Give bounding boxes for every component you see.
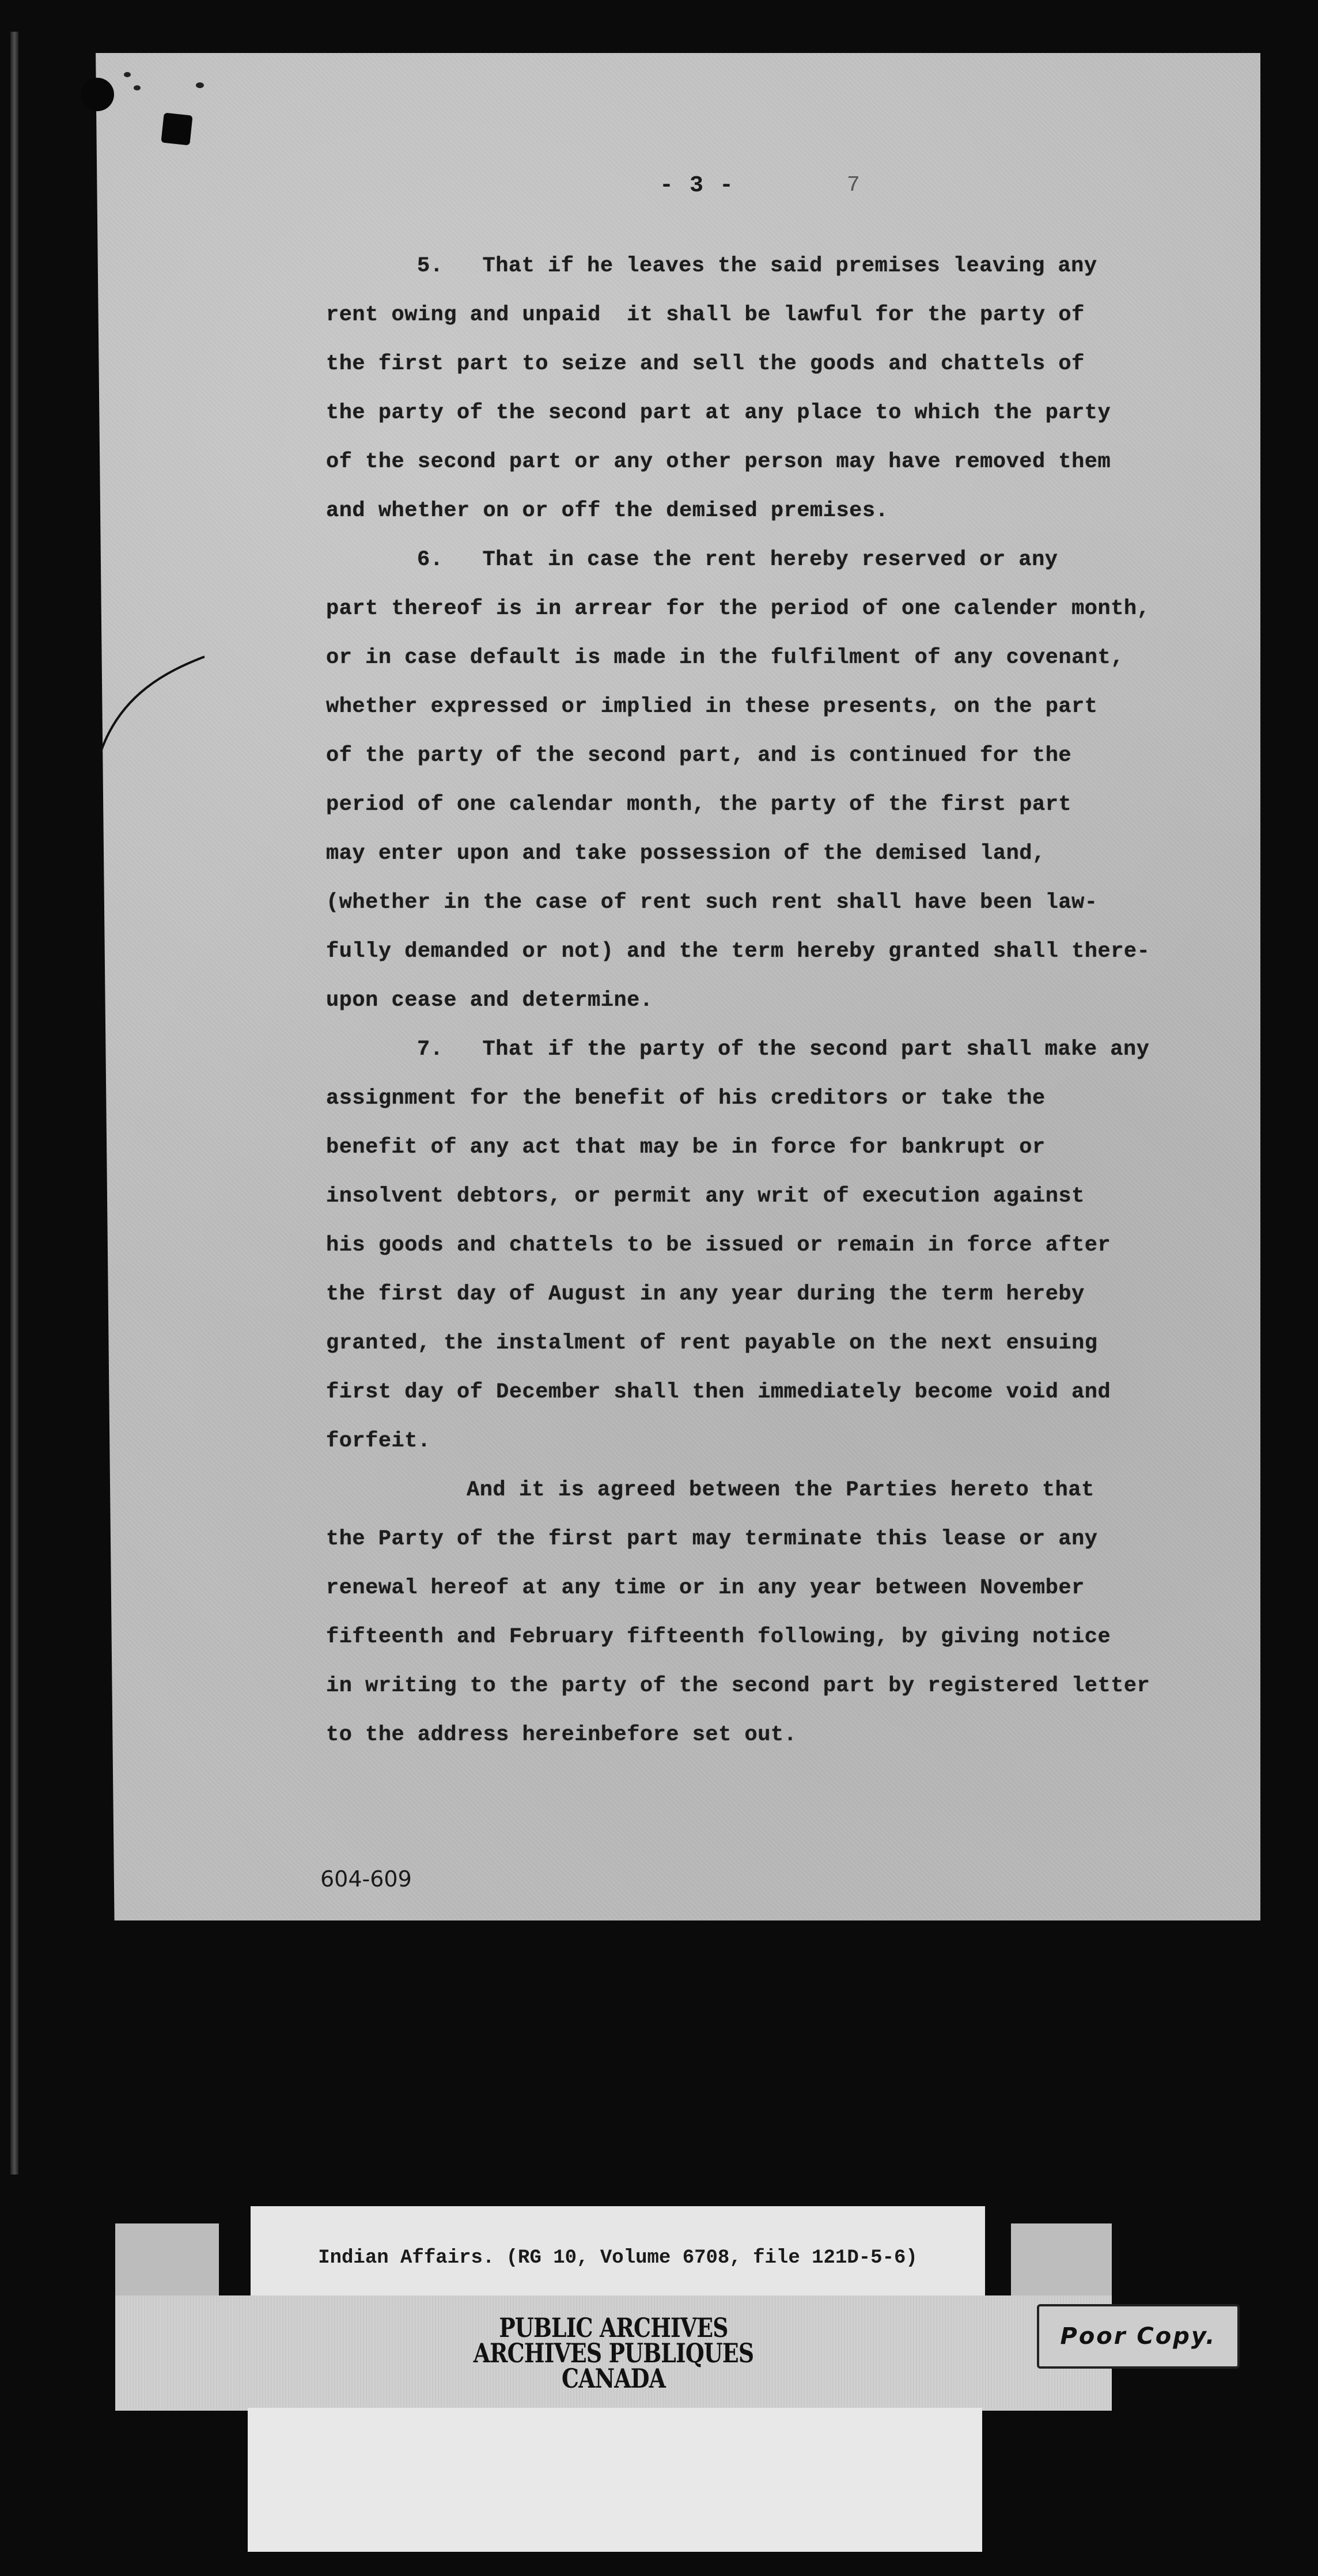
archive-stamp: PUBLIC ARCHIVES ARCHIVES PUBLIQUES CANAD… [205, 2295, 1022, 2411]
poor-copy-label: Poor Copy. [1061, 2323, 1217, 2350]
poor-copy-tag: Poor Copy. [1037, 2304, 1240, 2369]
text-line: fifteenth and February fifteenth followi… [326, 1613, 1190, 1662]
punch-hole-round [81, 78, 114, 111]
speck [196, 82, 204, 88]
text-line: renewal hereof at any time or in any yea… [326, 1564, 1190, 1613]
document-body: 5. That if he leaves the said premises l… [326, 242, 1190, 1760]
margin-mark: 7 [847, 173, 860, 198]
speck [134, 85, 141, 90]
text-line: (whether in the case of rent such rent s… [326, 878, 1190, 927]
page-number: - 3 - [660, 173, 734, 199]
text-line: or in case default is made in the fulfil… [326, 634, 1190, 683]
margin-pen-stroke [98, 654, 213, 769]
text-line: 6. That in case the rent hereby reserved… [326, 536, 1190, 585]
text-line: 7. That if the party of the second part … [326, 1025, 1190, 1074]
text-line: assignment for the benefit of his credit… [326, 1074, 1190, 1123]
text-line: insolvent debtors, or permit any writ of… [326, 1172, 1190, 1221]
archive-reference: Indian Affairs. (RG 10, Volume 6708, fil… [251, 2206, 985, 2298]
text-line: to the address hereinbefore set out. [326, 1711, 1190, 1760]
text-line: benefit of any act that may be in force … [326, 1123, 1190, 1172]
label-backing-right [1011, 2223, 1112, 2298]
punch-hole-square [161, 113, 192, 146]
label-backing-left [115, 2223, 219, 2298]
folio-number: 604-609 [320, 1866, 412, 1892]
text-line: the first part to seize and sell the goo… [326, 340, 1190, 389]
speck [124, 72, 131, 77]
film-edge [10, 32, 18, 2175]
text-line: upon cease and determine. [326, 976, 1190, 1025]
text-line: the first day of August in any year duri… [326, 1270, 1190, 1319]
text-line: first day of December shall then immedia… [326, 1368, 1190, 1417]
text-line: of the party of the second part, and is … [326, 732, 1190, 781]
text-line: 5. That if he leaves the said premises l… [326, 242, 1190, 291]
stamp-line: CANADA [562, 2366, 665, 2391]
archive-blank-card [248, 2408, 982, 2552]
text-line: whether expressed or implied in these pr… [326, 683, 1190, 732]
text-line: And it is agreed between the Parties her… [326, 1466, 1190, 1515]
stamp-line: PUBLIC ARCHIVES [499, 2315, 728, 2340]
text-line: may enter upon and take possession of th… [326, 829, 1190, 878]
text-line: fully demanded or not) and the term here… [326, 927, 1190, 976]
text-line: his goods and chattels to be issued or r… [326, 1221, 1190, 1270]
text-line: part thereof is in arrear for the period… [326, 585, 1190, 634]
text-line: the Party of the first part may terminat… [326, 1515, 1190, 1564]
text-line: of the second part or any other person m… [326, 438, 1190, 487]
text-line: granted, the instalment of rent payable … [326, 1319, 1190, 1368]
text-line: in writing to the party of the second pa… [326, 1662, 1190, 1711]
archive-reference-card: Indian Affairs. (RG 10, Volume 6708, fil… [251, 2206, 985, 2298]
stamp-line: ARCHIVES PUBLIQUES [474, 2340, 754, 2366]
text-line: period of one calendar month, the party … [326, 781, 1190, 829]
text-line: forfeit. [326, 1417, 1190, 1466]
text-line: and whether on or off the demised premis… [326, 487, 1190, 536]
text-line: the party of the second part at any plac… [326, 389, 1190, 438]
archive-stamp-strip: PUBLIC ARCHIVES ARCHIVES PUBLIQUES CANAD… [115, 2295, 1112, 2411]
text-line: rent owing and unpaid it shall be lawful… [326, 291, 1190, 340]
